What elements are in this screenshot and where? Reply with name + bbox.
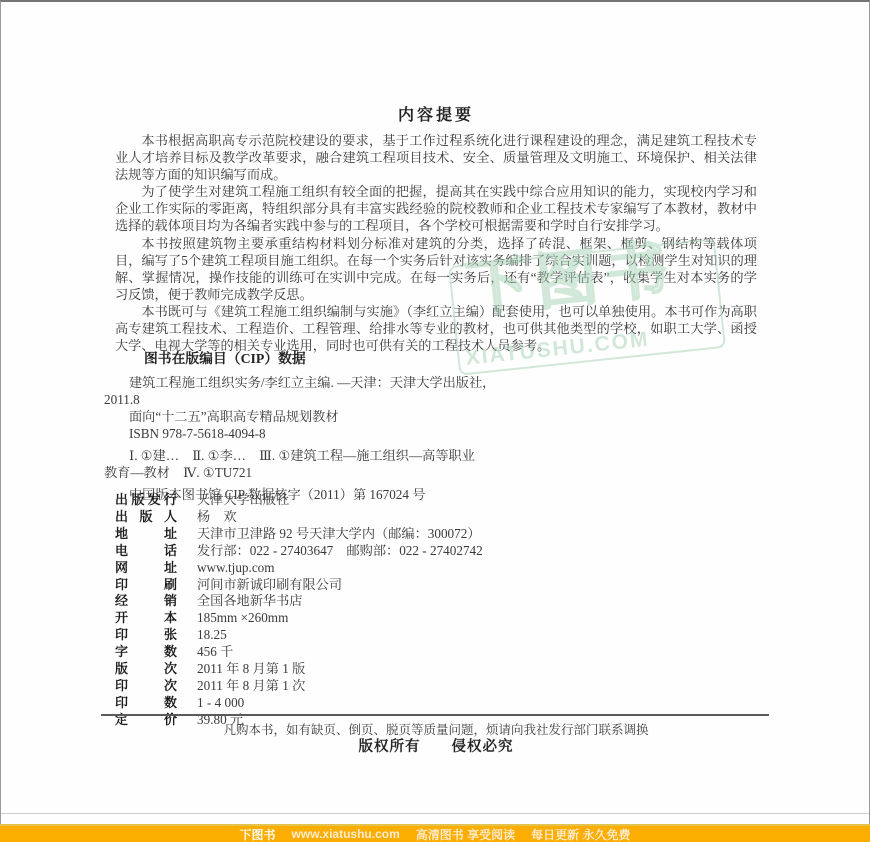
- summary-paragraph: 本书按照建筑物主要承重结构材料划分标准对建筑的分类，选择了砖混、框架、框剪、钢结…: [115, 235, 757, 303]
- publication-value: 天津市卫津路 92 号天津大学内（邮编：300072）: [197, 526, 481, 543]
- cip-line: 2011.8: [104, 391, 757, 408]
- publication-value: 18.25: [197, 627, 227, 644]
- publication-row: 电话 发行部：022 - 27403647 邮购部：022 - 27402742: [115, 543, 757, 560]
- content-summary-section: 内容提要 本书根据高职高专示范院校建设的要求，基于工作过程系统化进行课程建设的理…: [115, 102, 757, 354]
- publication-value: 2011 年 8 月第 1 版: [197, 661, 305, 678]
- publication-row: 网址 www.tjup.com: [115, 560, 757, 577]
- publication-value: 2011 年 8 月第 1 次: [197, 678, 305, 695]
- publication-label: 经销: [115, 593, 177, 610]
- scanned-page: 内容提要 本书根据高职高专示范院校建设的要求，基于工作过程系统化进行课程建设的理…: [0, 0, 870, 824]
- divider-rule: [101, 714, 769, 716]
- publication-row: 版次 2011 年 8 月第 1 版: [115, 661, 757, 678]
- publication-value: 1 - 4 000: [197, 695, 244, 712]
- publication-label: 字数: [115, 644, 177, 661]
- publication-value: 河间市新诚印刷有限公司: [197, 577, 342, 594]
- summary-paragraph: 本书根据高职高专示范院校建设的要求，基于工作过程系统化进行课程建设的理念，满足建…: [115, 132, 757, 183]
- cip-line: 教育—教材 Ⅳ. ①TU721: [104, 464, 757, 481]
- publication-value: www.tjup.com: [197, 560, 275, 577]
- publication-value: 天津大学出版社: [197, 492, 289, 509]
- publication-row: 字数 456 千: [115, 644, 757, 661]
- publication-value: 杨 欢: [197, 509, 237, 526]
- cip-line: Ⅰ. ①建… Ⅱ. ①李… Ⅲ. ①建筑工程—施工组织—高等职业: [104, 447, 757, 464]
- footer-text-segment: 高清图书 享受阅读: [416, 826, 515, 842]
- page-bottom-border: [1, 813, 869, 814]
- publication-label: 印次: [115, 678, 177, 695]
- publication-info-section: 出版发行 天津大学出版社 出版人 杨 欢 地址 天津市卫津路 92 号天津大学内…: [115, 492, 757, 729]
- cip-header: 图书在版编目（CIP）数据: [104, 347, 757, 367]
- publication-label: 出版发行: [115, 492, 177, 509]
- publication-label: 电话: [115, 543, 177, 560]
- publication-label: 出版人: [115, 509, 177, 526]
- copyright-statement: 版权所有 侵权必究: [1, 735, 870, 756]
- cip-line: 建筑工程施工组织实务/李红立主编. —天津：天津大学出版社，: [104, 374, 757, 391]
- publication-label: 印数: [115, 695, 177, 712]
- publication-value: 456 千: [197, 644, 233, 661]
- summary-paragraphs: 本书根据高职高专示范院校建设的要求，基于工作过程系统化进行课程建设的理念，满足建…: [115, 132, 757, 354]
- summary-title: 内容提要: [115, 102, 757, 125]
- publication-label: 地址: [115, 526, 177, 543]
- publication-row: 经销 全国各地新华书店: [115, 593, 757, 610]
- cip-lines: 建筑工程施工组织实务/李红立主编. —天津：天津大学出版社， 2011.8 面向…: [104, 374, 757, 503]
- publication-row: 开本 185mm ×260mm: [115, 610, 757, 627]
- publication-row: 地址 天津市卫津路 92 号天津大学内（邮编：300072）: [115, 526, 757, 543]
- publication-value: 发行部：022 - 27403647 邮购部：022 - 27402742: [197, 543, 483, 560]
- publication-row: 印刷 河间市新诚印刷有限公司: [115, 577, 757, 594]
- publication-label: 版次: [115, 661, 177, 678]
- footer-text-segment: 每日更新 永久免费: [531, 826, 630, 842]
- publication-row: 出版发行 天津大学出版社: [115, 492, 757, 509]
- cip-line: 面向“十二五”高职高专精品规划教材: [104, 408, 757, 425]
- publication-row: 印张 18.25: [115, 627, 757, 644]
- footer-text-segment: 下图书: [240, 826, 276, 842]
- summary-paragraph: 为了使学生对建筑工程施工组织有较全面的把握，提高其在实践中综合应用知识的能力，实…: [115, 183, 757, 234]
- publication-label: 印张: [115, 627, 177, 644]
- publication-label: 网址: [115, 560, 177, 577]
- publication-value: 全国各地新华书店: [197, 593, 303, 610]
- cip-data-section: 图书在版编目（CIP）数据 建筑工程施工组织实务/李红立主编. —天津：天津大学…: [104, 347, 757, 503]
- publication-label: 印刷: [115, 577, 177, 594]
- publication-row: 印数 1 - 4 000: [115, 695, 757, 712]
- site-footer-bar: 下图书 www.xiatushu.com 高清图书 享受阅读 每日更新 永久免费: [0, 824, 870, 842]
- publication-row: 出版人 杨 欢: [115, 509, 757, 526]
- publication-value: 185mm ×260mm: [197, 610, 288, 627]
- publication-row: 印次 2011 年 8 月第 1 次: [115, 678, 757, 695]
- publication-label: 开本: [115, 610, 177, 627]
- footer-text-segment: www.xiatushu.com: [292, 827, 400, 841]
- cip-line: ISBN 978-7-5618-4094-8: [104, 425, 757, 442]
